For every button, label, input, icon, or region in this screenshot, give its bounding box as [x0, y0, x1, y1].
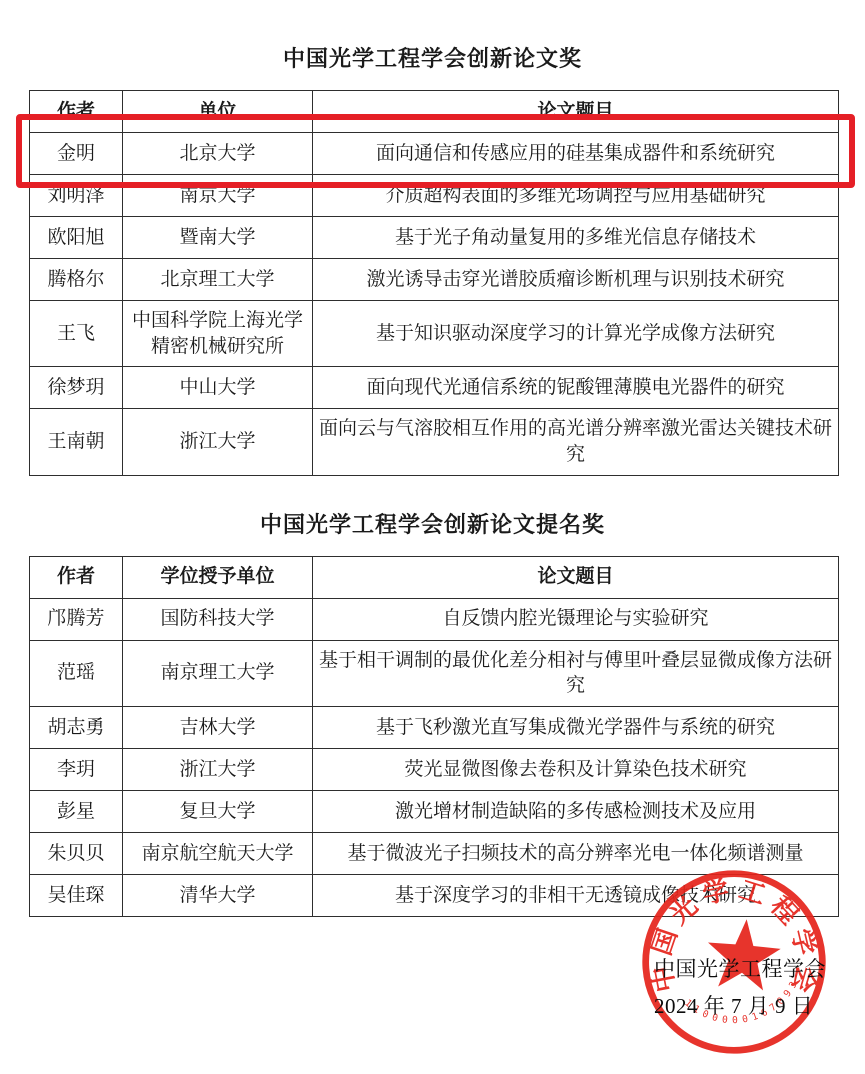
author-cell: 王飞	[30, 301, 123, 367]
award-table-header-row: 作者 单位 论文题目	[30, 91, 839, 133]
author-cell: 范瑶	[30, 640, 123, 706]
nomination-table-header-row: 作者 学位授予单位 论文题目	[30, 556, 839, 598]
author-cell: 朱贝贝	[30, 832, 123, 874]
nomination-table: 作者 学位授予单位 论文题目 邝腾芳 国防科技大学 自反馈内腔光镊理论与实验研究…	[29, 556, 839, 917]
affiliation-cell: 国防科技大学	[123, 598, 313, 640]
signature-org: 中国光学工程学会	[654, 951, 826, 988]
header-author: 作者	[30, 556, 123, 598]
signature-block: 中国光学工程学会 2024 年 7 月 9 日	[654, 951, 826, 1025]
award-document-page: { "award_section": { "title": "中国光学工程学会创…	[0, 0, 865, 1074]
paper-title-cell: 面向通信和传感应用的硅基集成器件和系统研究	[313, 133, 839, 175]
table-row: 徐梦玥 中山大学 面向现代光通信系统的铌酸锂薄膜电光器件的研究	[30, 367, 839, 409]
affiliation-cell: 中山大学	[123, 367, 313, 409]
author-cell: 李玥	[30, 748, 123, 790]
award-section-title: 中国光学工程学会创新论文奖	[0, 0, 865, 73]
table-row: 金明 北京大学 面向通信和传感应用的硅基集成器件和系统研究	[30, 133, 839, 175]
header-paper-title: 论文题目	[313, 556, 839, 598]
affiliation-cell: 南京航空航天大学	[123, 832, 313, 874]
paper-title-cell: 激光诱导击穿光谱胶质瘤诊断机理与识别技术研究	[313, 259, 839, 301]
affiliation-cell: 吉林大学	[123, 706, 313, 748]
header-paper-title: 论文题目	[313, 91, 839, 133]
paper-title-cell: 荧光显微图像去卷积及计算染色技术研究	[313, 748, 839, 790]
affiliation-cell: 浙江大学	[123, 409, 313, 475]
affiliation-cell: 南京大学	[123, 175, 313, 217]
table-row: 胡志勇 吉林大学 基于飞秒激光直写集成微光学器件与系统的研究	[30, 706, 839, 748]
paper-title-cell: 激光增材制造缺陷的多传感检测技术及应用	[313, 790, 839, 832]
author-cell: 刘明泽	[30, 175, 123, 217]
header-degree-institution: 学位授予单位	[123, 556, 313, 598]
author-cell: 邝腾芳	[30, 598, 123, 640]
nomination-section-title: 中国光学工程学会创新论文提名奖	[0, 476, 865, 539]
signature-date: 2024 年 7 月 9 日	[654, 988, 826, 1025]
table-row: 彭星 复旦大学 激光增材制造缺陷的多传感检测技术及应用	[30, 790, 839, 832]
table-row: 欧阳旭 暨南大学 基于光子角动量复用的多维光信息存储技术	[30, 217, 839, 259]
award-table: 作者 单位 论文题目 金明 北京大学 面向通信和传感应用的硅基集成器件和系统研究…	[29, 90, 839, 476]
table-row: 李玥 浙江大学 荧光显微图像去卷积及计算染色技术研究	[30, 748, 839, 790]
paper-title-cell: 面向现代光通信系统的铌酸锂薄膜电光器件的研究	[313, 367, 839, 409]
affiliation-cell: 复旦大学	[123, 790, 313, 832]
author-cell: 徐梦玥	[30, 367, 123, 409]
author-cell: 金明	[30, 133, 123, 175]
table-row: 刘明泽 南京大学 介质超构表面的多维光场调控与应用基础研究	[30, 175, 839, 217]
affiliation-cell: 北京大学	[123, 133, 313, 175]
paper-title-cell: 基于飞秒激光直写集成微光学器件与系统的研究	[313, 706, 839, 748]
paper-title-cell: 基于知识驱动深度学习的计算光学成像方法研究	[313, 301, 839, 367]
table-row: 王飞 中国科学院上海光学精密机械研究所 基于知识驱动深度学习的计算光学成像方法研…	[30, 301, 839, 367]
table-row: 范瑶 南京理工大学 基于相干调制的最优化差分相衬与傅里叶叠层显微成像方法研究	[30, 640, 839, 706]
author-cell: 胡志勇	[30, 706, 123, 748]
paper-title-cell: 介质超构表面的多维光场调控与应用基础研究	[313, 175, 839, 217]
affiliation-cell: 浙江大学	[123, 748, 313, 790]
table-row: 王南朝 浙江大学 面向云与气溶胶相互作用的高光谱分辨率激光雷达关键技术研究	[30, 409, 839, 475]
header-author: 作者	[30, 91, 123, 133]
affiliation-cell: 北京理工大学	[123, 259, 313, 301]
author-cell: 腾格尔	[30, 259, 123, 301]
affiliation-cell: 暨南大学	[123, 217, 313, 259]
paper-title-cell: 自反馈内腔光镊理论与实验研究	[313, 598, 839, 640]
header-affiliation: 单位	[123, 91, 313, 133]
table-row: 邝腾芳 国防科技大学 自反馈内腔光镊理论与实验研究	[30, 598, 839, 640]
author-cell: 欧阳旭	[30, 217, 123, 259]
affiliation-cell: 南京理工大学	[123, 640, 313, 706]
affiliation-cell: 清华大学	[123, 874, 313, 916]
paper-title-cell: 面向云与气溶胶相互作用的高光谱分辨率激光雷达关键技术研究	[313, 409, 839, 475]
author-cell: 彭星	[30, 790, 123, 832]
affiliation-cell: 中国科学院上海光学精密机械研究所	[123, 301, 313, 367]
paper-title-cell: 基于光子角动量复用的多维光信息存储技术	[313, 217, 839, 259]
author-cell: 吴佳琛	[30, 874, 123, 916]
paper-title-cell: 基于相干调制的最优化差分相衬与傅里叶叠层显微成像方法研究	[313, 640, 839, 706]
table-row: 腾格尔 北京理工大学 激光诱导击穿光谱胶质瘤诊断机理与识别技术研究	[30, 259, 839, 301]
author-cell: 王南朝	[30, 409, 123, 475]
